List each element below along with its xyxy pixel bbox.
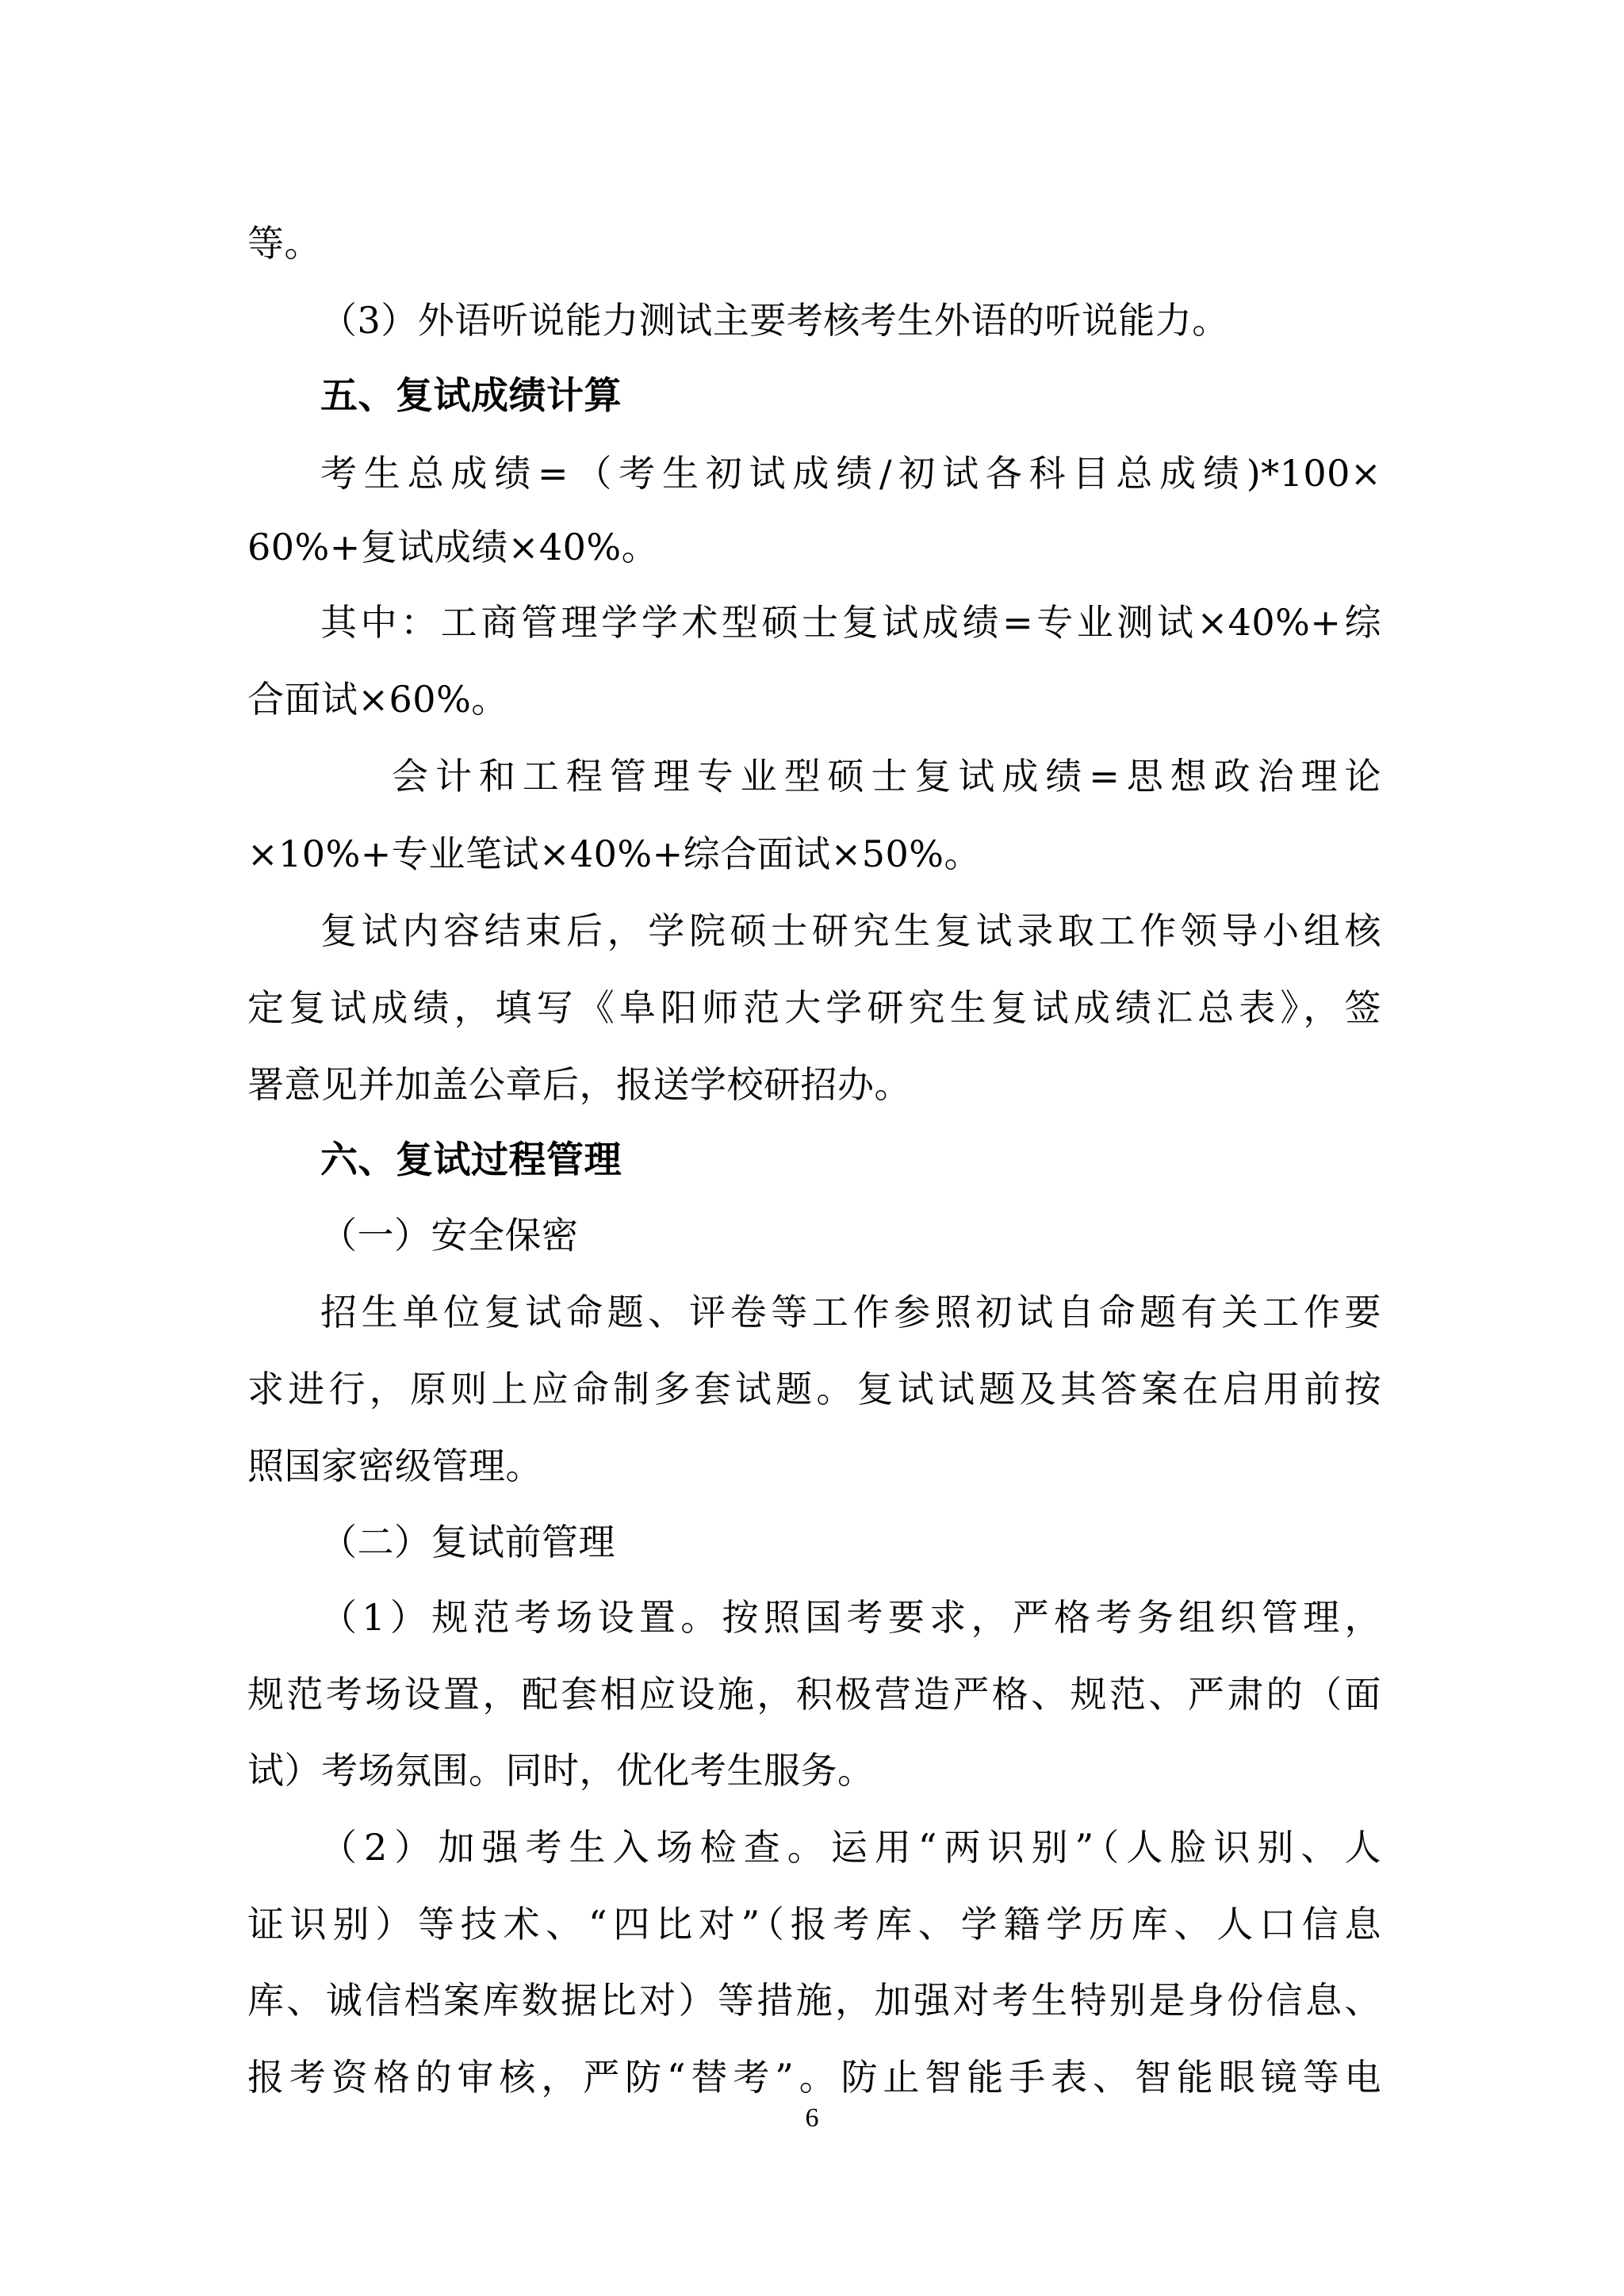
paragraph-line-result-submission-3: 署意见并加盖公章后，报送学校研招办。 xyxy=(247,1061,1381,1108)
section-heading-score-calculation: 五、复试成绩计算 xyxy=(320,373,1381,420)
paragraph-line-professional-formula-cont: ×10%+专业笔试×40%+综合面试×50%。 xyxy=(247,830,1381,878)
paragraph-line-exam-room: （1）规范考场设置。按照国考要求，严格考务组织管理， xyxy=(320,1594,1381,1641)
paragraph-line-security: 招生单位复试命题、评卷等工作参照初试自命题有关工作要 xyxy=(320,1288,1381,1336)
paragraph-line-security-2: 求进行，原则上应命制多套试题。复试试题及其答案在启用前按 xyxy=(247,1365,1381,1413)
section-heading-process-management: 六、复试过程管理 xyxy=(320,1137,1381,1184)
paragraph-line-total-score-formula: 考生总成绩=（考生初试成绩/初试各科目总成绩)*100× xyxy=(320,450,1381,497)
subheading-pre-exam-management: （二）复试前管理 xyxy=(320,1518,1381,1566)
paragraph-line-total-score-formula-cont: 60%+复试成绩×40%。 xyxy=(247,523,1381,571)
paragraph-line-exam-room-3: 试）考场氛围。同时，优化考生服务。 xyxy=(247,1747,1381,1794)
subheading-security: （一）安全保密 xyxy=(320,1211,1381,1259)
paragraph-line-listening-test: （3）外语听说能力测试主要考核考生外语的听说能力。 xyxy=(320,297,1381,344)
paragraph-line-security-3: 照国家密级管理。 xyxy=(247,1442,1381,1490)
paragraph-line-result-submission: 复试内容结束后，学院硕士研究生复试录取工作领导小组核 xyxy=(320,907,1381,955)
paragraph-line-entry-check-3: 库、诚信档案库数据比对）等措施，加强对考生特别是身份信息、 xyxy=(247,1976,1381,2024)
page-number: 6 xyxy=(0,2103,1624,2134)
paragraph-line-entry-check-4: 报考资格的审核，严防“替考”。防止智能手表、智能眼镜等电 xyxy=(247,2053,1381,2101)
document-page: 等。 （3）外语听说能力测试主要考核考生外语的听说能力。 五、复试成绩计算 考生… xyxy=(0,0,1624,2296)
paragraph-line-result-submission-2: 定复试成绩，填写《阜阳师范大学研究生复试成绩汇总表》，签 xyxy=(247,984,1381,1031)
paragraph-line-exam-room-2: 规范考场设置，配套相应设施，积极营造严格、规范、严肃的（面 xyxy=(247,1670,1381,1718)
paragraph-line-academic-formula-cont: 合面试×60%。 xyxy=(247,675,1381,723)
paragraph-line-continuation: 等。 xyxy=(247,220,1381,267)
paragraph-line-entry-check-2: 证识别）等技术、“四比对”（报考库、学籍学历库、人口信息 xyxy=(247,1900,1381,1948)
paragraph-line-entry-check: （2）加强考生入场检查。运用“两识别”（人脸识别、人 xyxy=(320,1823,1381,1871)
paragraph-line-professional-formula: 会计和工程管理专业型硕士复试成绩=思想政治理论 xyxy=(392,752,1381,800)
paragraph-line-academic-formula: 其中：工商管理学学术型硕士复试成绩=专业测试×40%+综 xyxy=(320,599,1381,646)
